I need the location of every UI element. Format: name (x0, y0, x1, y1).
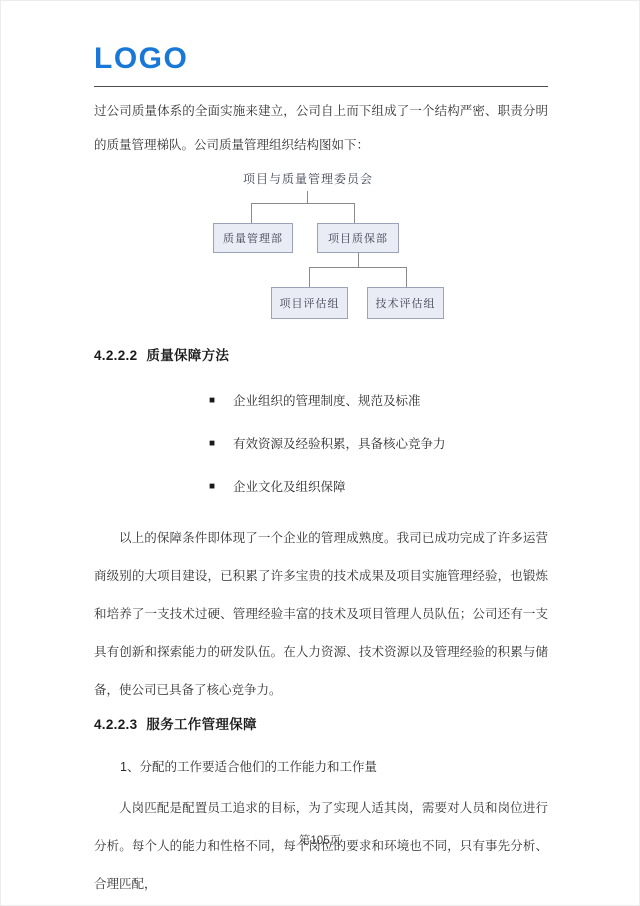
bullet-text: 企业文化及组织保障 (233, 476, 346, 498)
org-connector-line (251, 203, 355, 204)
list-item: ■ 企业组织的管理制度、规范及标准 (209, 390, 548, 412)
company-logo: LOGO (94, 1, 548, 75)
bullet-text: 有效资源及经验积累，具备核心竞争力 (233, 433, 446, 455)
page-number: 第105页 (1, 832, 639, 848)
org-node-project-qa-dept: 项目质保部 (317, 223, 399, 253)
section-title: 服务工作管理保障 (146, 717, 256, 732)
numbered-list-item: 1、分配的工作要适合他们的工作能力和工作量 (94, 757, 548, 777)
org-connector-line (309, 267, 407, 268)
bullet-list: ■ 企业组织的管理制度、规范及标准 ■ 有效资源及经验积累，具备核心竞争力 ■ … (94, 390, 548, 498)
intro-paragraph: 过公司质量体系的全面实施来建立，公司自上而下组成了一个结构严密、职责分明的质量管… (94, 94, 548, 162)
list-item: ■ 企业文化及组织保障 (209, 476, 548, 498)
bullet-square-icon: ■ (209, 476, 233, 498)
org-node-quality-mgmt-dept: 质量管理部 (213, 223, 293, 253)
bullet-text: 企业组织的管理制度、规范及标准 (233, 390, 421, 412)
org-connector-line (251, 203, 252, 223)
org-connector-line (309, 267, 310, 287)
org-connector-line (406, 267, 407, 287)
org-node-tech-eval-group: 技术评估组 (367, 287, 444, 319)
bullet-square-icon: ■ (209, 433, 233, 455)
header-divider (94, 86, 548, 87)
org-connector-line (354, 203, 355, 223)
quality-assurance-paragraph: 以上的保障条件即体现了一个企业的管理成熟度。我司已成功完成了许多运营商级别的大项… (94, 519, 548, 709)
bullet-square-icon: ■ (209, 390, 233, 412)
org-node-project-eval-group: 项目评估组 (271, 287, 348, 319)
section-heading-4222: 4.2.2.2质量保障方法 (94, 344, 548, 364)
list-item: ■ 有效资源及经验积累，具备核心竞争力 (209, 433, 548, 455)
org-connector-line (307, 191, 308, 203)
section-number: 4.2.2.2 (94, 348, 137, 363)
org-connector-line (358, 253, 359, 267)
section-title: 质量保障方法 (146, 348, 229, 363)
document-page: LOGO 过公司质量体系的全面实施来建立，公司自上而下组成了一个结构严密、职责分… (0, 0, 640, 906)
org-chart: 项目与质量管理委员会 质量管理部 项目质保部 项目评估组 技术评估组 (1, 166, 640, 328)
section-number: 4.2.2.3 (94, 717, 137, 732)
org-node-committee: 项目与质量管理委员会 (228, 170, 388, 187)
section-heading-4223: 4.2.2.3服务工作管理保障 (94, 713, 548, 733)
